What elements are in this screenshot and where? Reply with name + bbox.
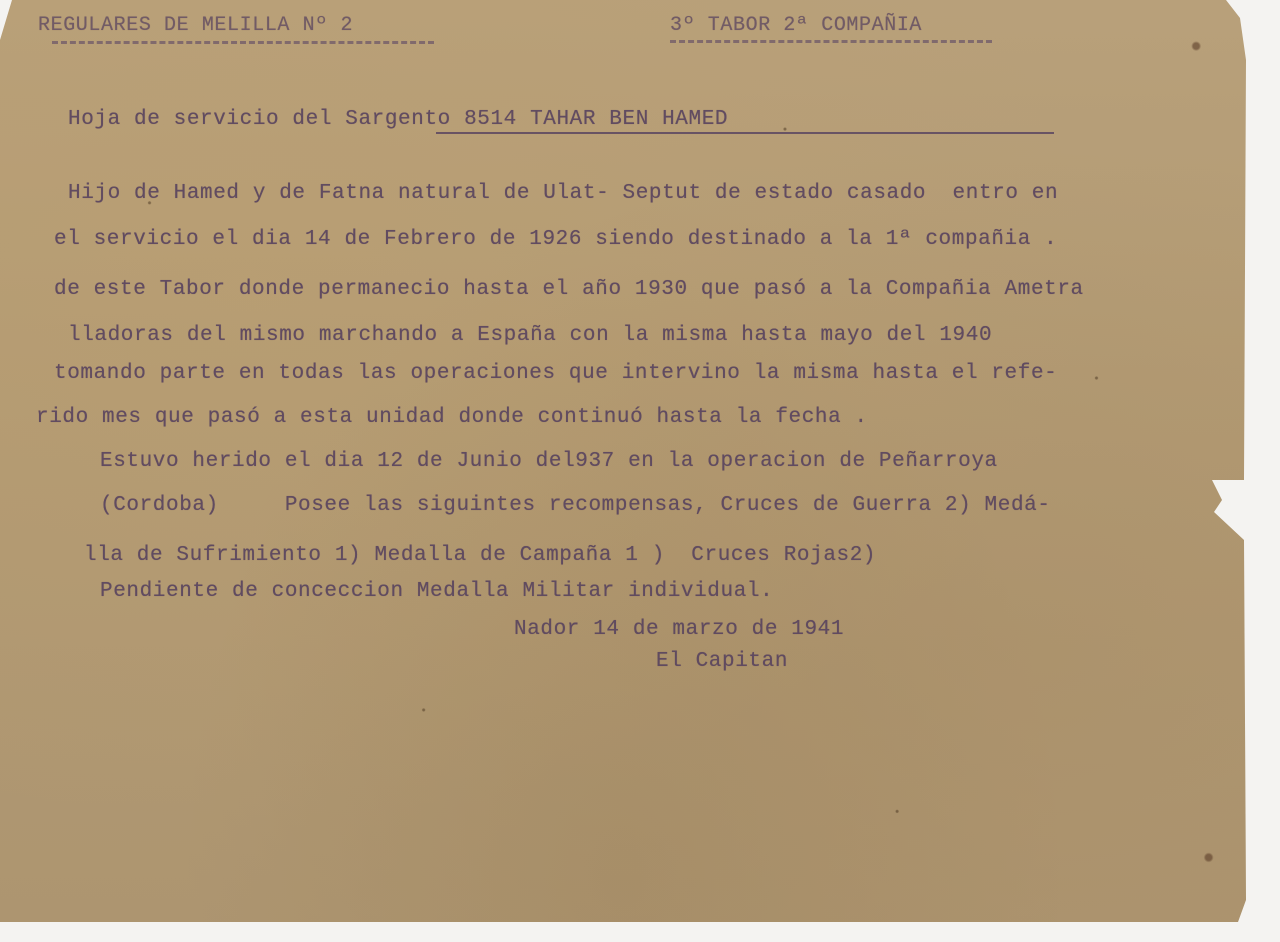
title-underline bbox=[436, 132, 1054, 134]
body-line-10: Pendiente de conceccion Medalla Militar … bbox=[100, 580, 773, 603]
header-right-underline bbox=[670, 40, 992, 43]
place-date: Nador 14 de marzo de 1941 bbox=[514, 618, 844, 641]
header-left-underline bbox=[52, 41, 434, 44]
body-line-5: tomando parte en todas las operaciones q… bbox=[54, 362, 1057, 385]
signature-title: El Capitan bbox=[656, 650, 788, 673]
body-line-6: rido mes que pasó a esta unidad donde co… bbox=[36, 406, 868, 429]
body-line-3: de este Tabor donde permanecio hasta el … bbox=[54, 278, 1084, 301]
header-company: 3º TABOR 2ª COMPAÑIA bbox=[670, 14, 922, 37]
title-prefix: Hoja de servicio del Sargento bbox=[68, 108, 451, 131]
body-line-4: lladoras del mismo marchando a España co… bbox=[68, 324, 992, 347]
header-regiment: REGULARES DE MELILLA Nº 2 bbox=[38, 14, 353, 37]
record-title: Hoja de servicio del Sargento 8514 TAHAR… bbox=[68, 108, 728, 131]
body-line-7: Estuvo herido el dia 12 de Junio del937 … bbox=[100, 450, 998, 473]
body-line-8: (Cordoba) Posee las siguintes recompensa… bbox=[100, 494, 1051, 517]
sergeant-number: 8514 bbox=[464, 108, 517, 131]
body-line-9: lla de Sufrimiento 1) Medalla de Campaña… bbox=[84, 544, 876, 567]
service-record-sheet: REGULARES DE MELILLA Nº 2 3º TABOR 2ª CO… bbox=[0, 0, 1246, 922]
body-line-1: Hijo de Hamed y de Fatna natural de Ulat… bbox=[68, 182, 1058, 205]
sergeant-name: TAHAR BEN HAMED bbox=[530, 108, 728, 131]
body-line-2: el servicio el dia 14 de Febrero de 1926… bbox=[54, 228, 1057, 251]
